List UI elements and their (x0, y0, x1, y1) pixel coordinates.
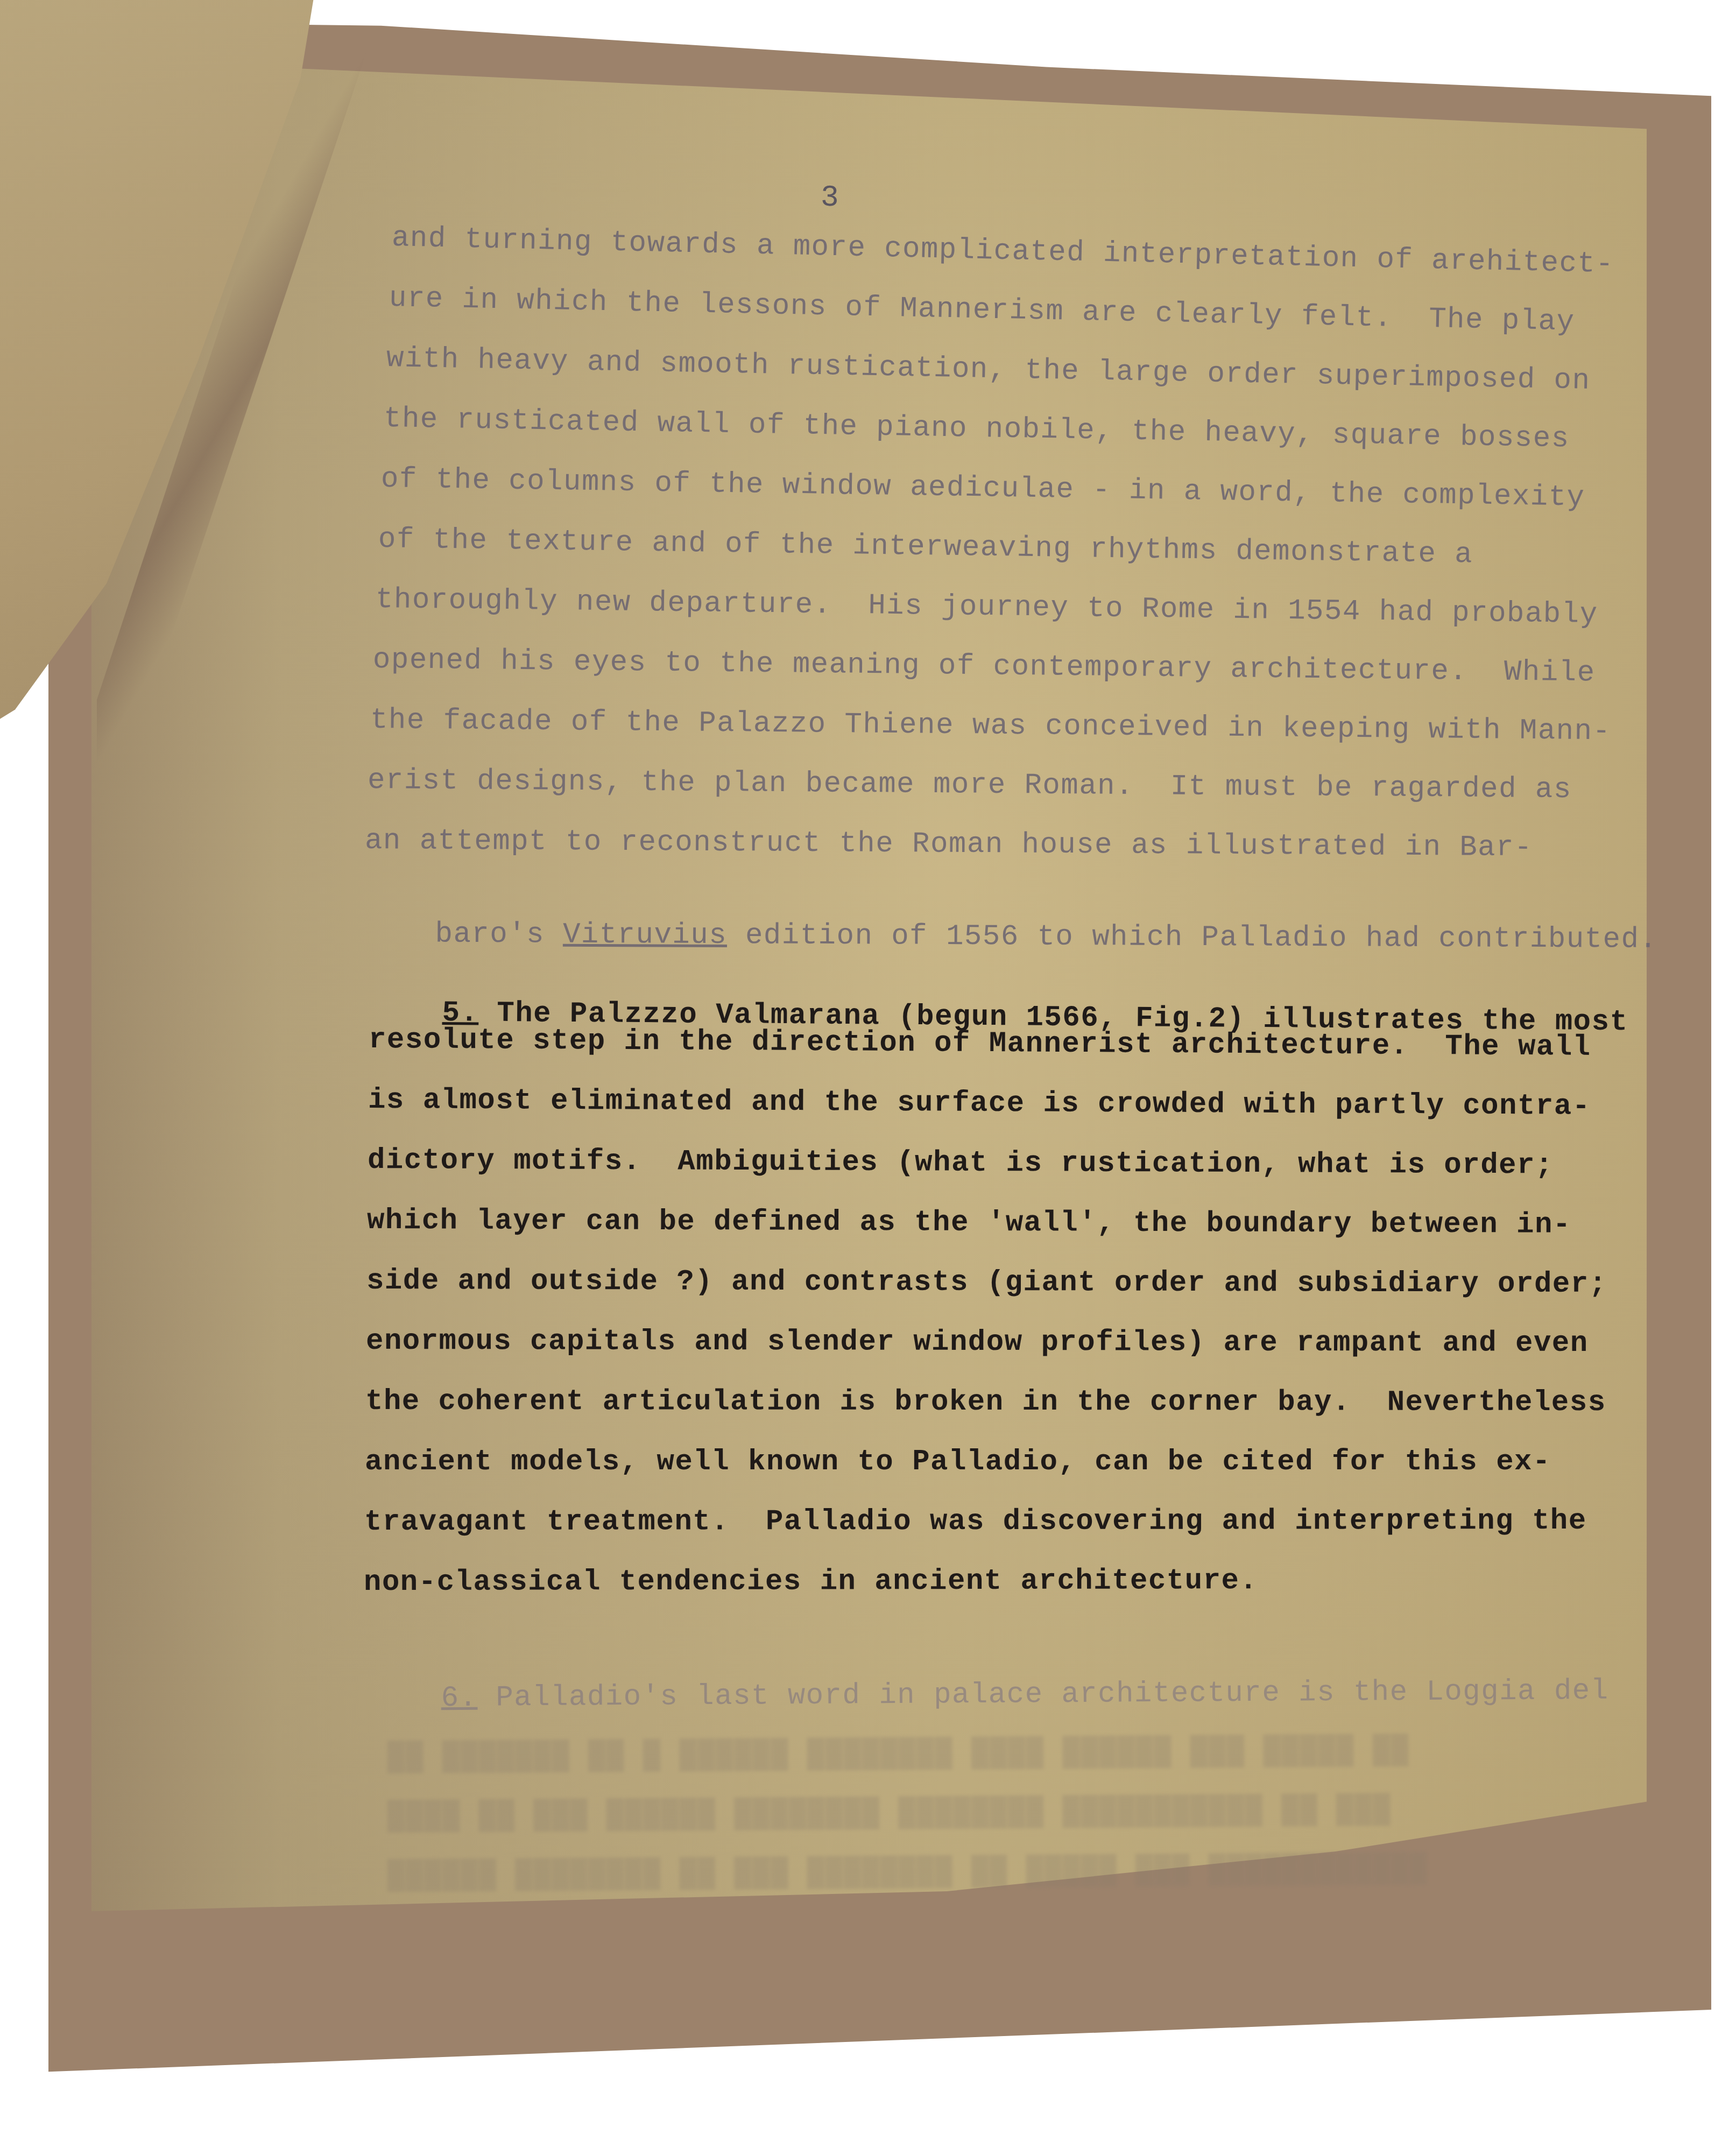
text-line: which layer can be defined as the 'wall'… (367, 1205, 1571, 1242)
paragraph-number-6: 6. (441, 1682, 477, 1715)
text-line: with heavy and smooth rustication, the l… (386, 342, 1590, 398)
text-line: side and outside ?) and contrasts (giant… (366, 1265, 1607, 1301)
text-segment: baro's (435, 918, 563, 952)
text-line: ancient models, well known to Palladio, … (365, 1446, 1551, 1478)
page-number: 3 (820, 180, 839, 215)
text-line: non-classical tendencies in ancient arch… (364, 1565, 1258, 1599)
illegible-faded-line: ██████ ████████ ██ ███ ████████ ██ █████… (387, 1853, 1428, 1892)
text-line: the rusticated wall of the piano nobile,… (383, 403, 1570, 456)
illegible-faded-line: ████ ██ ███ ██████ ████████ ████████ ███… (387, 1793, 1391, 1833)
paragraph-6-first-line: 6. Palladio's last word in palace archit… (368, 1642, 1609, 1748)
text-line: is almost eliminated and the surface is … (368, 1084, 1591, 1123)
illegible-faded-line: ██ ███████ ██ █ ██████ ████████ ████ ███… (387, 1734, 1409, 1774)
text-line: dictory motifs. Ambiguities (what is rus… (368, 1144, 1554, 1182)
text-line: opened his eyes to the meaning of contem… (373, 644, 1596, 690)
text-line: ure in which the lessons of Mannerism ar… (389, 282, 1575, 339)
page-text: 3 and turning towards a more complicated… (0, 0, 1736, 2155)
text-line: enormous capitals and slender window pro… (366, 1325, 1589, 1360)
text-line: erist designs, the plan became more Roma… (368, 764, 1572, 806)
text-line: and turning towards a more complicated i… (391, 222, 1614, 281)
text-segment: edition of 1556 to which Palladio had co… (727, 919, 1657, 956)
text-line: an attempt to reconstruct the Roman hous… (365, 825, 1533, 864)
text-line: of the columns of the window aediculae -… (381, 463, 1585, 515)
text-line: thoroughly new departure. His journey to… (376, 583, 1598, 631)
text-line: the facade of the Palazzo Thiene was con… (370, 704, 1611, 748)
text-segment: Palladio's last word in palace architect… (477, 1675, 1608, 1715)
text-line: of the texture and of the interweaving r… (378, 523, 1473, 571)
book-title-vitruvius: Vitruvius (563, 919, 727, 952)
text-line: travagant treatment. Palladio was discov… (364, 1505, 1587, 1539)
text-line: the coherent articulation is broken in t… (365, 1385, 1606, 1419)
